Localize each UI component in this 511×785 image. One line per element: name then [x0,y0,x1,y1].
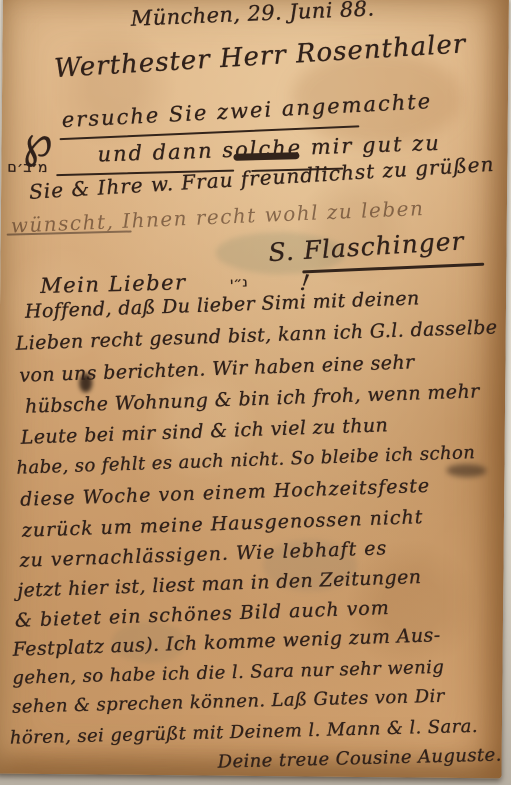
ink-smudge [446,464,486,477]
dateline: München, 29. Juni 88. [130,0,375,31]
letter-paper: München, 29. Juni 88. Werthester Herr Ro… [0,0,509,778]
handwriting-line: ersuche Sie zwei angemachte [61,89,432,132]
handwriting-line: & bietet ein schönes Bild auch vom [15,597,390,632]
honorific-abbreviation: נ״י [230,275,248,290]
handwriting-line: jetzt hier ist, liest man in den Zeitung… [17,566,422,602]
handwriting-line: Lieben recht gesund bist, kann ich G.l. … [15,316,497,354]
handwriting-line: Leute bei mir sind & ich viel zu thun [20,414,388,448]
handwriting-line: habe, so fehlt es auch nicht. So bleibe … [16,442,475,479]
handwriting-line: hübsche Wohnung & bin ich froh, wenn meh… [25,380,480,417]
handwriting-line: zurück um meine Hausgenossen nicht [21,506,423,542]
handwriting-line: sehen & sprechen können. Laß Gutes von D… [12,686,445,718]
salutation: Werthester Herr Rosenthaler [53,29,467,84]
handwriting-line: diese Woche von einem Hochzeitsfeste [20,475,431,511]
closing-line: Deine treue Cousine Auguste. [217,744,502,772]
handwriting-line: gehen, so habe ich die l. Sara nur sehr … [12,657,444,689]
handwriting-line: hören, sei gegrüßt mit Deinem l. Mann & … [10,716,479,749]
photograph-of-letter: München, 29. Juni 88. Werthester Herr Ro… [0,0,511,785]
hebrew-margin-note: מ׳ב׳ם [7,160,48,176]
handwriting-line: von uns berichten. Wir haben eine sehr [19,351,415,386]
second-salutation: Mein Lieber [40,270,187,298]
